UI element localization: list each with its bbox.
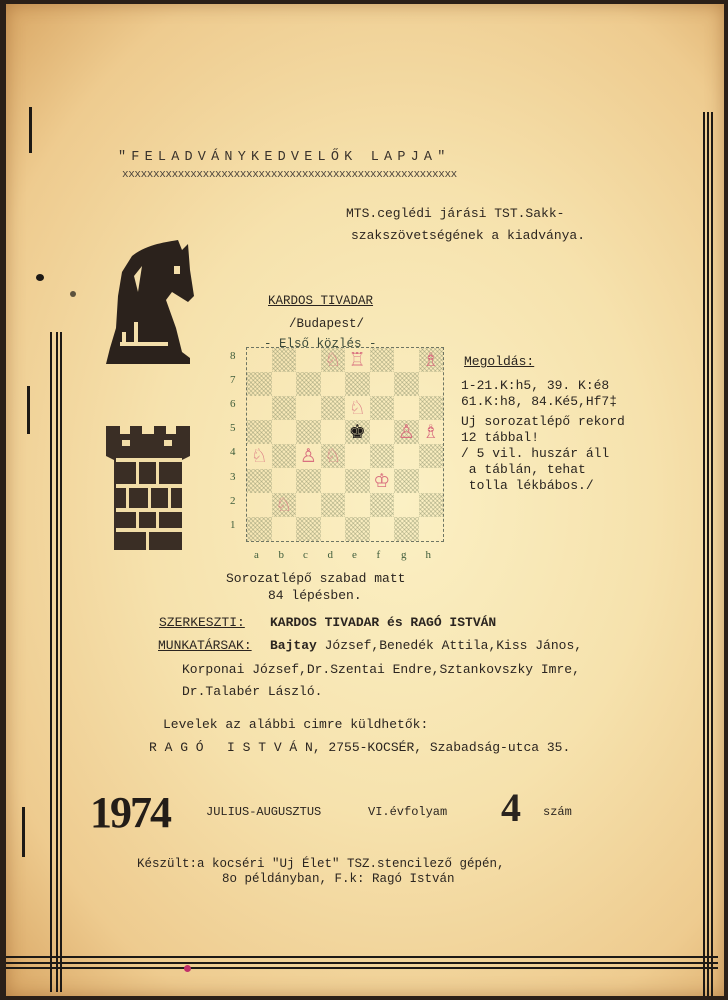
- board-square: [345, 469, 370, 493]
- address-line: R A G Ó I S T V Á N, 2755-KOCSÉR, Szabad…: [149, 740, 570, 755]
- board-square: [370, 493, 395, 517]
- board-square: [296, 372, 321, 396]
- board-square: [272, 372, 297, 396]
- problem-city: /Budapest/: [289, 317, 364, 331]
- right-border-line: [711, 112, 713, 996]
- board-square: [394, 517, 419, 541]
- left-border-line: [60, 332, 62, 992]
- white-pawn-icon: ♙: [394, 420, 419, 444]
- contributors-label: MUNKATÁRSAK:: [158, 638, 252, 653]
- bottom-border-line: [6, 962, 718, 964]
- rank-label: 1: [230, 519, 236, 531]
- board-square: [394, 444, 419, 468]
- board-square: [296, 493, 321, 517]
- board-square: [345, 517, 370, 541]
- contributors-line-1: Bajtay József,Benedék Attila,Kiss János,: [270, 638, 582, 653]
- problem-caption-line-2: 84 lépésben.: [268, 588, 362, 603]
- board-square: [419, 493, 444, 517]
- publisher-line-2: szakszövetségének a kiadványa.: [351, 228, 585, 243]
- board-square: [247, 372, 272, 396]
- solution-line: tolla lékbábos./: [461, 478, 594, 493]
- board-square: [247, 396, 272, 420]
- contributors-line-3: Dr.Talabér László.: [182, 684, 322, 699]
- rank-label: 4: [230, 446, 236, 458]
- board-square: [370, 420, 395, 444]
- white-bishop-icon: ♗: [419, 420, 444, 444]
- file-label: g: [401, 549, 407, 561]
- white-knight-icon: ♘: [321, 348, 346, 372]
- board-square: [247, 348, 272, 372]
- solution-heading: Megoldás:: [464, 354, 534, 369]
- white-king-icon: ♔: [370, 469, 395, 493]
- editors-names: KARDOS TIVADAR és RAGÓ ISTVÁN: [270, 615, 496, 630]
- problem-caption-line-1: Sorozatlépő szabad matt: [226, 571, 405, 586]
- solution-line: 12 tábbal!: [461, 430, 539, 445]
- board-square: [370, 517, 395, 541]
- ink-blot: [36, 274, 44, 281]
- black-king-icon: ♚: [345, 420, 370, 444]
- board-square: [272, 517, 297, 541]
- issue-months: JULIUS-AUGUSZTUS: [206, 805, 321, 819]
- solution-line: 61.K:h8, 84.Ké5,Hf7‡: [461, 394, 617, 409]
- left-border-line: [56, 332, 58, 992]
- problem-author: KARDOS TIVADAR: [268, 294, 373, 308]
- board-square: [345, 444, 370, 468]
- address-rest: , 2755-KOCSÉR, Szabadság-utca 35.: [313, 740, 570, 755]
- board-square: [247, 517, 272, 541]
- board-square: [321, 493, 346, 517]
- board-square: [296, 469, 321, 493]
- file-label: a: [254, 549, 259, 561]
- address-intro: Levelek az alábbi cimre küldhetők:: [163, 717, 428, 732]
- solution-line: a táblán, tehat: [461, 462, 586, 477]
- file-label: b: [279, 549, 285, 561]
- board-square: [272, 444, 297, 468]
- board-square: [419, 396, 444, 420]
- board-square: [272, 420, 297, 444]
- board-square: [394, 493, 419, 517]
- solution-line: Uj sorozatlépő rekord: [461, 414, 625, 429]
- footer-line-2: 8o példányban, F.k: Ragó István: [222, 872, 455, 886]
- left-border-line: [50, 332, 52, 992]
- board-square: [394, 372, 419, 396]
- white-pawn-icon: ♙: [296, 444, 321, 468]
- white-rook-icon: ♖: [345, 348, 370, 372]
- board-square: [272, 396, 297, 420]
- file-label: c: [303, 549, 308, 561]
- solution-line: / 5 vil. huszár áll: [461, 446, 609, 461]
- board-square: [394, 396, 419, 420]
- board-square: [247, 493, 272, 517]
- board-square: [247, 420, 272, 444]
- board-square: [296, 420, 321, 444]
- board-square: [370, 372, 395, 396]
- title-underline-rule: xxxxxxxxxxxxxxxxxxxxxxxxxxxxxxxxxxxxxxxx…: [122, 169, 457, 181]
- editors-label: SZERKESZTI:: [159, 615, 245, 630]
- issue-year: 1974: [90, 787, 170, 838]
- issue-number-label: szám: [543, 805, 572, 819]
- rank-label: 2: [230, 495, 236, 507]
- white-knight-icon: ♘: [345, 396, 370, 420]
- contributors-rest: József,Benedék Attila,Kiss János,: [317, 638, 582, 653]
- board-square: [345, 372, 370, 396]
- ink-blot: [70, 291, 76, 297]
- board-square: [370, 444, 395, 468]
- contributors-line-2: Korponai József,Dr.Szentai Endre,Sztanko…: [182, 662, 580, 677]
- board-square: [296, 348, 321, 372]
- bottom-border-line: [6, 967, 718, 969]
- white-knight-icon: ♘: [272, 493, 297, 517]
- margin-mark: [29, 107, 32, 153]
- rank-label: 7: [230, 374, 236, 386]
- issue-volume: VI.évfolyam: [368, 805, 447, 819]
- magazine-title: "FELADVÁNYKEDVELŐK LAPJA": [118, 150, 451, 165]
- rank-label: 5: [230, 422, 236, 434]
- address-name: R A G Ó I S T V Á N: [149, 740, 313, 755]
- board-square: [345, 493, 370, 517]
- board-square: [321, 396, 346, 420]
- file-label: e: [352, 549, 357, 561]
- file-label: h: [426, 549, 432, 561]
- board-square: [394, 348, 419, 372]
- issue-number: 4: [501, 784, 521, 831]
- board-square: [419, 469, 444, 493]
- ink-blot: [184, 965, 191, 972]
- right-border-line: [707, 112, 709, 996]
- bottom-border-line: [6, 956, 718, 958]
- board-square: [370, 348, 395, 372]
- board-square: [394, 469, 419, 493]
- publisher-line-1: MTS.ceglédi járási TST.Sakk-: [346, 206, 564, 221]
- board-square: [321, 372, 346, 396]
- board-square: [370, 396, 395, 420]
- board-square: [321, 469, 346, 493]
- rank-label: 3: [230, 471, 236, 483]
- white-knight-icon: ♘: [321, 444, 346, 468]
- file-label: f: [377, 549, 381, 561]
- right-border-line: [703, 112, 705, 996]
- margin-mark: [22, 807, 25, 857]
- white-knight-icon: ♘: [247, 444, 272, 468]
- board-square: [321, 517, 346, 541]
- footer-line-1: Készült:a kocséri "Uj Élet" TSZ.stencile…: [137, 857, 505, 871]
- chess-diagram: ♘♖♗♘♚♙♗♘♙♘♔♘: [246, 347, 444, 542]
- file-label: d: [328, 549, 334, 561]
- board-square: [419, 444, 444, 468]
- rank-label: 8: [230, 350, 236, 362]
- rank-label: 6: [230, 398, 236, 410]
- board-square: [247, 469, 272, 493]
- board-square: [272, 469, 297, 493]
- board-square: [321, 420, 346, 444]
- solution-line: 1-21.K:h5, 39. K:é8: [461, 378, 609, 393]
- board-square: [419, 372, 444, 396]
- white-bishop-icon: ♗: [419, 348, 444, 372]
- rook-icon: [106, 426, 190, 550]
- knight-icon: [102, 236, 194, 364]
- contributor-bold-name: Bajtay: [270, 638, 317, 653]
- board-square: [296, 396, 321, 420]
- magazine-cover: "FELADVÁNYKEDVELŐK LAPJA" xxxxxxxxxxxxxx…: [6, 4, 724, 996]
- board-square: [419, 517, 444, 541]
- board-square: [272, 348, 297, 372]
- margin-mark: [27, 386, 30, 434]
- board-square: [296, 517, 321, 541]
